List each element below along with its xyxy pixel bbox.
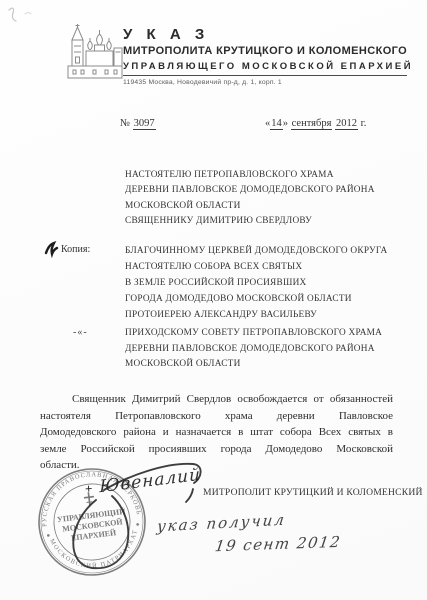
date-day: 14	[270, 118, 283, 130]
copy-line: ПРОТОИЕРЕЮ АЛЕКСАНДРУ ВАСИЛЬЕВУ	[125, 307, 387, 323]
letterhead: У К А З МИТРОПОЛИТА КРУТИЦКОГО И КОЛОМЕН…	[123, 26, 415, 86]
addressee-line: СВЯЩЕННИКУ ДИМИТРИЮ СВЕРДЛОВУ	[125, 214, 375, 229]
copy-recipient-2: ПРИХОДСКОМУ СОВЕТУ ПЕТРОПАВЛОВСКОГО ХРАМ…	[125, 326, 382, 373]
quote-close: »	[283, 118, 288, 129]
copy-line: БЛАГОЧИННОМУ ЦЕРКВЕЙ ДОМОДЕДОВСКОГО ОКРУ…	[125, 243, 387, 259]
date-month: сентября	[291, 118, 333, 130]
date-year: 2012	[335, 118, 358, 130]
copy-line: ДЕРЕВНИ ПАВЛОВСКОЕ ДОМОДЕДОВСКОГО РАЙОНА	[125, 342, 382, 358]
letterhead-rule	[123, 75, 407, 76]
issuer-title-line1: МИТРОПОЛИТА КРУТИЦКОГО И КОЛОМЕНСКОГО	[123, 44, 415, 59]
scanned-decree-document: У К А З МИТРОПОЛИТА КРУТИЦКОГО И КОЛОМЕН…	[0, 0, 427, 600]
document-type-title: У К А З	[123, 26, 415, 43]
copy-label: Копия:	[61, 244, 90, 255]
decree-date: «14» сентября 2012 г.	[265, 118, 366, 129]
metropolitan-title: МИТРОПОЛИТ КРУТИЦКИЙ И КОЛОМЕНСКИЙ	[203, 487, 423, 498]
addressee-line: ДЕРЕВНИ ПАВЛОВСКОЕ ДОМОДЕДОВСКОГО РАЙОНА	[125, 183, 375, 198]
addressee-line: МОСКОВСКОЙ ОБЛАСТИ	[125, 199, 375, 214]
signature-cross: +	[84, 481, 93, 497]
copy-line: В ЗЕМЛЕ РОССИЙСКОЙ ПРОСИЯВШИХ	[125, 275, 387, 291]
handwritten-check-mark	[42, 240, 60, 258]
copy-line: ГОРОДА ДОМОДЕДОВО МОСКОВСКОЙ ОБЛАСТИ	[125, 291, 387, 307]
copy-recipient-1: БЛАГОЧИННОМУ ЦЕРКВЕЙ ДОМОДЕДОВСКОГО ОКРУ…	[125, 243, 387, 323]
handwritten-note-date: 19 сент 2012	[214, 533, 343, 556]
issuer-title-line2: УПРАВЛЯЮЩЕГО МОСКОВСКОЙ ЕПАРХИЕЙ	[123, 60, 415, 73]
number-sign: №	[120, 118, 130, 129]
decree-number: № 3097	[120, 118, 156, 129]
ditto-mark: -«-	[73, 327, 88, 338]
diocese-emblem-icon	[66, 24, 124, 81]
number-value: 3097	[133, 118, 156, 130]
copy-line: НАСТОЯТЕЛЮ СОБОРА ВСЕХ СВЯТЫХ	[125, 259, 387, 275]
date-suffix: г.	[361, 118, 367, 129]
pencil-scribble-mark	[3, 4, 33, 28]
copy-line: МОСКОВСКОЙ ОБЛАСТИ	[125, 357, 382, 373]
copy-line: ПРИХОДСКОМУ СОВЕТУ ПЕТРОПАВЛОВСКОГО ХРАМ…	[125, 326, 382, 342]
letterhead-address: 119435 Москва, Новодевичий пр-д, д. 1, к…	[123, 79, 415, 86]
addressee-line: НАСТОЯТЕЛЮ ПЕТРОПАВЛОВСКОГО ХРАМА	[125, 168, 375, 183]
addressee-block: НАСТОЯТЕЛЮ ПЕТРОПАВЛОВСКОГО ХРАМА ДЕРЕВН…	[125, 168, 375, 230]
